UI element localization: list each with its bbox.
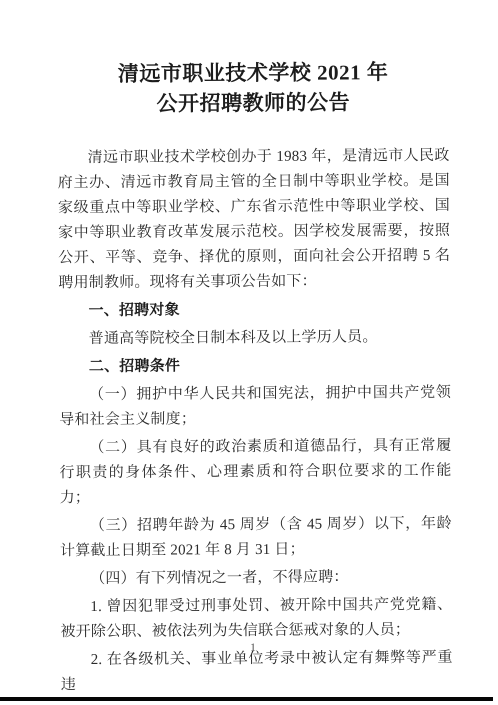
- paragraph: 普通高等院校全日制本科及以上学历人员。: [59, 325, 451, 352]
- page-content: 清远市职业技术学校 2021 年 公开招聘教师的公告 清远市职业技术学校创办于 …: [57, 57, 453, 701]
- document-page: 清远市职业技术学校 2021 年 公开招聘教师的公告 清远市职业技术学校创办于 …: [0, 0, 498, 705]
- paragraph: 清远市职业技术学校创办于 1983 年，是清远市人民政府主办、清远市教育局主管的…: [58, 144, 451, 296]
- page-number: 1: [57, 640, 449, 655]
- title-line-2: 公开招聘教师的公告: [57, 87, 449, 119]
- paragraph: （四）有下列情况之一者，不得应聘：: [60, 565, 452, 592]
- section-heading: 一、招聘对象: [58, 297, 450, 324]
- paragraph: （二）具有良好的政治素质和道德品行，具有正常履行职责的身体条件、心理素质和符合职…: [59, 434, 451, 511]
- paragraph: （三）招聘年龄为 45 周岁（含 45 周岁）以下，年龄计算截止日期至 2021…: [60, 512, 452, 564]
- scan-artifact-bar: [0, 697, 493, 701]
- title-line-1: 清远市职业技术学校 2021 年: [57, 57, 449, 89]
- paragraph: （一）拥护中华人民共和国宪法，拥护中国共产党领导和社会主义制度；: [59, 381, 451, 433]
- section-heading: 二、招聘条件: [59, 353, 451, 380]
- document-title: 清远市职业技术学校 2021 年 公开招聘教师的公告: [57, 57, 449, 119]
- document-body: 清远市职业技术学校创办于 1983 年，是清远市人民政府主办、清远市教育局主管的…: [58, 144, 453, 698]
- paragraph: 1. 曾因犯罪受过刑事处罚、被开除中国共产党党籍、被开除公职、被依法列为失信联合…: [60, 593, 452, 645]
